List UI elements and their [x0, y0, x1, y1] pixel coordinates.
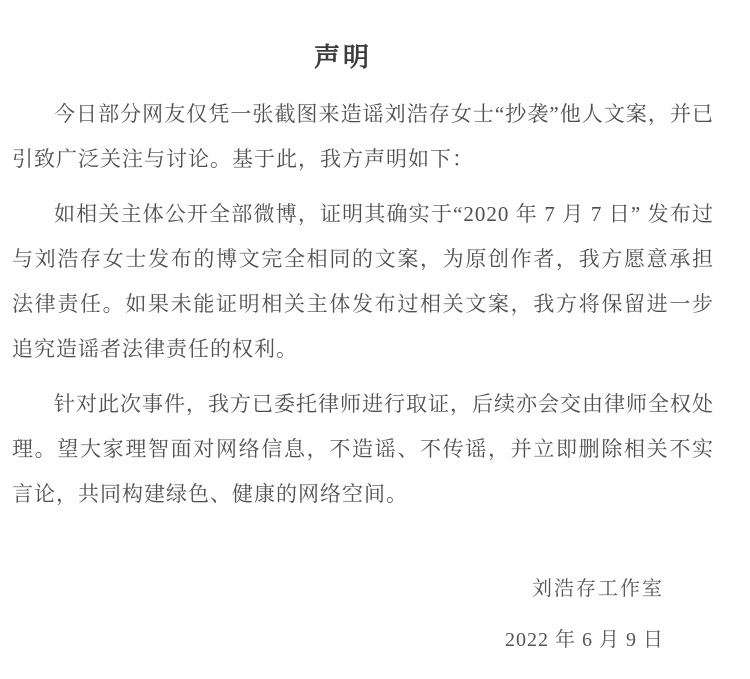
statement-document: 声明 今日部分网友仅凭一张截图来造谣刘浩存女士“抄袭”他人文案，并已引致广泛关注… [0, 0, 750, 679]
statement-paragraph-intro: 今日部分网友仅凭一张截图来造谣刘浩存女士“抄袭”他人文案，并已引致广泛关注与讨论… [0, 92, 750, 182]
document-title: 声明 [0, 0, 718, 74]
statement-paragraph-legal-action: 针对此次事件，我方已委托律师进行取证，后续亦会交由律师全权处理。望大家理智面对网… [0, 382, 750, 517]
signature-block: 刘浩存工作室 2022 年 6 月 9 日 [0, 567, 750, 663]
signature-date: 2022 年 6 月 9 日 [0, 618, 664, 663]
signature-studio-name: 刘浩存工作室 [0, 567, 664, 612]
statement-paragraph-claim: 如相关主体公开全部微博，证明其确实于“2020 年 7 月 7 日” 发布过与刘… [0, 192, 750, 372]
